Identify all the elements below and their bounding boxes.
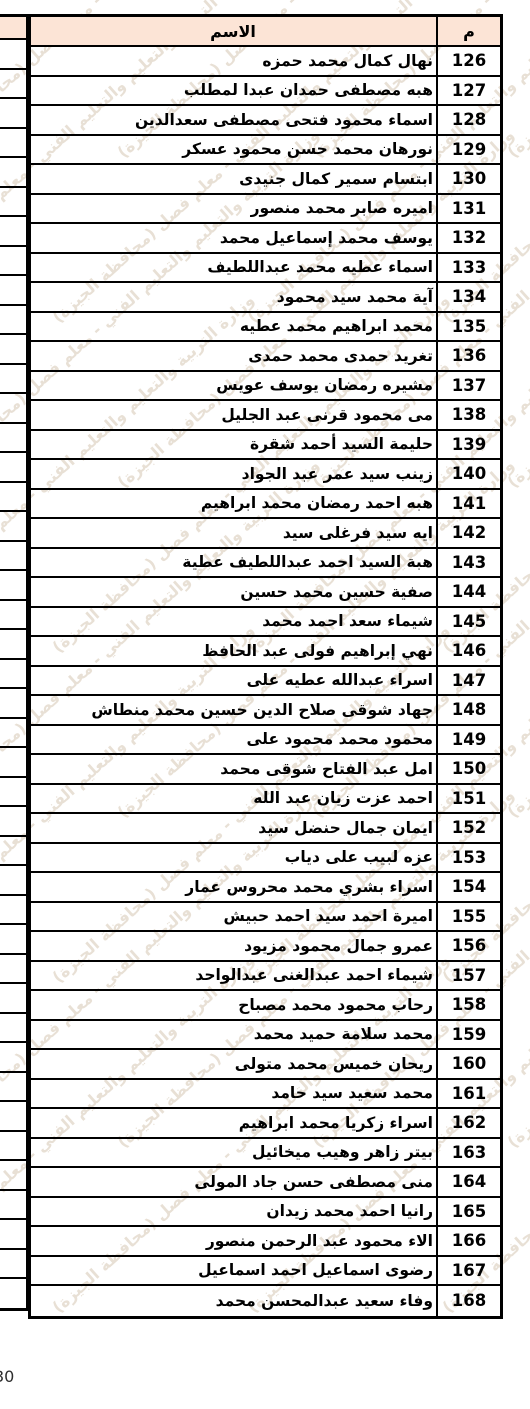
table-row: بيتر زاهر وهيب ميخائيل163	[31, 1139, 500, 1169]
serial-number: 162	[436, 1109, 500, 1137]
student-name: نورهان محمد حسن محمود عسكر	[31, 136, 436, 164]
clipped-neighbor-cell	[0, 1220, 26, 1250]
watermark-text: وزارة التربية والتعليم والتعليم الفني - …	[504, 785, 530, 1151]
serial-number: 147	[436, 667, 500, 695]
student-name: محمود محمد محمود على	[31, 726, 436, 754]
student-name: حليمة السيد أحمد شقرة	[31, 431, 436, 459]
student-name: احمد عزت زيان عبد الله	[31, 785, 436, 813]
clipped-neighbor-cell	[0, 247, 26, 277]
clipped-neighbor-cell	[0, 896, 26, 926]
serial-number: 146	[436, 637, 500, 665]
student-name: ايمان جمال حنضل سيد	[31, 814, 436, 842]
clipped-neighbor-cell	[0, 1161, 26, 1191]
serial-number: 154	[436, 873, 500, 901]
clipped-neighbor-cell	[0, 955, 26, 985]
table-row: محمد ابراهيم محمد عطيه135	[31, 313, 500, 343]
serial-number: 149	[436, 726, 500, 754]
column-header-name: الاسم	[31, 17, 436, 45]
clipped-neighbor-cell	[0, 99, 26, 129]
clipped-neighbor-cell	[0, 1279, 26, 1309]
table-row: منى مصطفى حسن جاد المولى164	[31, 1168, 500, 1198]
serial-number: 142	[436, 519, 500, 547]
clipped-neighbor-cell	[0, 365, 26, 395]
table-row: وفاء سعيد عبدالمحسن محمد168	[31, 1286, 500, 1316]
table-row: عمرو جمال محمود مزيود156	[31, 932, 500, 962]
serial-number: 168	[436, 1286, 500, 1316]
clipped-neighbor-cell	[0, 689, 26, 719]
clipped-neighbor-cell	[0, 1191, 26, 1221]
clipped-neighbor-header	[0, 17, 26, 40]
table-body: نهال كمال محمد حمزه126هبه مصطفى حمدان عب…	[31, 47, 500, 1316]
clipped-neighbor-cell	[0, 306, 26, 336]
student-name: هبه مصطفى حمدان عبدا لمطلب	[31, 77, 436, 105]
serial-number: 158	[436, 991, 500, 1019]
student-name: رانيا احمد محمد زيدان	[31, 1198, 436, 1226]
student-name: زينب سيد عمر عبد الجواد	[31, 460, 436, 488]
serial-number: 131	[436, 195, 500, 223]
serial-number: 159	[436, 1021, 500, 1049]
clipped-neighbor-cell	[0, 1014, 26, 1044]
student-name: محمد سعيد سيد حامد	[31, 1080, 436, 1108]
clipped-neighbor-cell	[0, 276, 26, 306]
table-row: اميره صابر محمد منصور131	[31, 195, 500, 225]
serial-number: 151	[436, 785, 500, 813]
serial-number: 138	[436, 401, 500, 429]
serial-number: 164	[436, 1168, 500, 1196]
table-row: اسراء بشري محمد محروس عمار154	[31, 873, 500, 903]
table-row: الاء محمود عبد الرحمن منصور166	[31, 1227, 500, 1257]
student-name: جهاد شوقى صلاح الدين حسين محمد منطاش	[31, 696, 436, 724]
student-name: نهي إبراهيم فولى عبد الحافظ	[31, 637, 436, 665]
student-name: عمرو جمال محمود مزيود	[31, 932, 436, 960]
student-name: ريحان خميس محمد متولى	[31, 1050, 436, 1078]
student-name: اسماء محمود فتحى مصطفى سعدالدين	[31, 106, 436, 134]
table-row: زينب سيد عمر عبد الجواد140	[31, 460, 500, 490]
student-name: محمد سلامة حميد محمد	[31, 1021, 436, 1049]
watermark-text: وزارة التربية والتعليم والتعليم الفني - …	[504, 455, 530, 821]
table-row: اميرة احمد سيد احمد حبيش155	[31, 903, 500, 933]
clipped-neighbor-cell	[0, 601, 26, 631]
table-row: نهي إبراهيم فولى عبد الحافظ146	[31, 637, 500, 667]
clipped-neighbor-cell	[0, 1073, 26, 1103]
serial-number: 129	[436, 136, 500, 164]
clipped-neighbor-cell	[0, 1132, 26, 1162]
clipped-neighbor-cell	[0, 40, 26, 70]
student-name: هبه احمد رمضان محمد ابراهيم	[31, 490, 436, 518]
serial-number: 139	[436, 431, 500, 459]
student-name: نهال كمال محمد حمزه	[31, 47, 436, 75]
student-name: محمد ابراهيم محمد عطيه	[31, 313, 436, 341]
student-name: تغريد حمدى محمد حمدى	[31, 342, 436, 370]
table-row: مشيره رمضان يوسف عويس137	[31, 372, 500, 402]
student-name: شيماء احمد عبدالغنى عبدالواحد	[31, 962, 436, 990]
serial-number: 150	[436, 755, 500, 783]
table-row: هبة السيد احمد عبداللطيف عطية143	[31, 549, 500, 579]
clipped-neighbor-cell	[0, 807, 26, 837]
table-row: ابتسام سمير كمال جنيدى130	[31, 165, 500, 195]
table-row: ريحان خميس محمد متولى160	[31, 1050, 500, 1080]
clipped-neighbor-cell	[0, 748, 26, 778]
table-row: حليمة السيد أحمد شقرة139	[31, 431, 500, 461]
table-row: نهال كمال محمد حمزه126	[31, 47, 500, 77]
table-row: اسراء عبدالله عطيه على147	[31, 667, 500, 697]
column-header-serial: م	[436, 17, 500, 45]
clipped-neighbor-cell	[0, 1250, 26, 1280]
serial-number: 127	[436, 77, 500, 105]
student-name: اسراء بشري محمد محروس عمار	[31, 873, 436, 901]
table-row: محمود محمد محمود على149	[31, 726, 500, 756]
names-roster-table: الاسم م نهال كمال محمد حمزه126هبه مصطفى …	[28, 14, 503, 1319]
table-row: رضوى اسماعيل احمد اسماعيل167	[31, 1257, 500, 1287]
clipped-neighbor-cell	[0, 837, 26, 867]
table-row: هبه مصطفى حمدان عبدا لمطلب127	[31, 77, 500, 107]
clipped-neighbor-cell	[0, 984, 26, 1014]
student-name: اميرة احمد سيد احمد حبيش	[31, 903, 436, 931]
student-name: بيتر زاهر وهيب ميخائيل	[31, 1139, 436, 1167]
clipped-neighbor-cell	[0, 512, 26, 542]
table-row: محمد سعيد سيد حامد161	[31, 1080, 500, 1110]
serial-number: 136	[436, 342, 500, 370]
clipped-neighbor-cell	[0, 630, 26, 660]
clipped-neighbor-cell	[0, 925, 26, 955]
student-name: ايه سيد فرغلى سيد	[31, 519, 436, 547]
table-header-row: الاسم م	[31, 17, 500, 47]
student-name: الاء محمود عبد الرحمن منصور	[31, 1227, 436, 1255]
serial-number: 126	[436, 47, 500, 75]
clipped-neighbor-cell	[0, 129, 26, 159]
serial-number: 163	[436, 1139, 500, 1167]
serial-number: 144	[436, 578, 500, 606]
table-row: رانيا احمد محمد زيدان165	[31, 1198, 500, 1228]
serial-number: 133	[436, 254, 500, 282]
table-row: رحاب محمود محمد مصباح158	[31, 991, 500, 1021]
student-name: رضوى اسماعيل احمد اسماعيل	[31, 1257, 436, 1285]
table-row: ايمان جمال حنضل سيد152	[31, 814, 500, 844]
serial-number: 145	[436, 608, 500, 636]
table-row: ايه سيد فرغلى سيد142	[31, 519, 500, 549]
serial-number: 153	[436, 844, 500, 872]
student-name: ابتسام سمير كمال جنيدى	[31, 165, 436, 193]
clipped-neighbor-cell	[0, 188, 26, 218]
serial-number: 152	[436, 814, 500, 842]
table-row: شيماء سعد احمد محمد145	[31, 608, 500, 638]
table-row: يوسف محمد إسماعيل محمد132	[31, 224, 500, 254]
serial-number: 157	[436, 962, 500, 990]
clipped-neighbor-cell	[0, 778, 26, 808]
student-name: صفية حسين محمد حسين	[31, 578, 436, 606]
student-name: اميره صابر محمد منصور	[31, 195, 436, 223]
clipped-neighbor-cell	[0, 335, 26, 365]
student-name: منى مصطفى حسن جاد المولى	[31, 1168, 436, 1196]
serial-number: 148	[436, 696, 500, 724]
clipped-neighbor-cell	[0, 70, 26, 100]
student-name: رحاب محمود محمد مصباح	[31, 991, 436, 1019]
watermark-text: وزارة التربية والتعليم والتعليم الفني - …	[504, 125, 530, 491]
serial-number: 135	[436, 313, 500, 341]
clipped-neighbor-cell	[0, 217, 26, 247]
table-row: احمد عزت زيان عبد الله151	[31, 785, 500, 815]
watermark-text: وزارة التربية والتعليم والتعليم الفني - …	[504, 0, 530, 162]
table-row: شيماء احمد عبدالغنى عبدالواحد157	[31, 962, 500, 992]
page-number: 30	[0, 1367, 14, 1386]
table-row: اسماء محمود فتحى مصطفى سعدالدين128	[31, 106, 500, 136]
student-name: اسراء عبدالله عطيه على	[31, 667, 436, 695]
table-row: امل عبد الفتاح شوقى محمد150	[31, 755, 500, 785]
serial-number: 166	[436, 1227, 500, 1255]
student-name: آية محمد سيد محمود	[31, 283, 436, 311]
student-name: اسراء زكريا محمد ابراهيم	[31, 1109, 436, 1137]
clipped-neighbor-cell	[0, 660, 26, 690]
clipped-neighbor-cell	[0, 394, 26, 424]
clipped-neighbor-cell	[0, 1102, 26, 1132]
document-page: وزارة التربية والتعليم والتعليم الفني - …	[0, 0, 530, 1409]
serial-number: 161	[436, 1080, 500, 1108]
student-name: مى محمود قرنى عبد الجليل	[31, 401, 436, 429]
clipped-neighbor-column	[0, 14, 29, 1311]
clipped-neighbor-cell	[0, 483, 26, 513]
clipped-neighbor-cell	[0, 453, 26, 483]
table-row: صفية حسين محمد حسين144	[31, 578, 500, 608]
serial-number: 167	[436, 1257, 500, 1285]
serial-number: 156	[436, 932, 500, 960]
serial-number: 128	[436, 106, 500, 134]
serial-number: 141	[436, 490, 500, 518]
table-row: نورهان محمد حسن محمود عسكر129	[31, 136, 500, 166]
student-name: يوسف محمد إسماعيل محمد	[31, 224, 436, 252]
table-row: جهاد شوقى صلاح الدين حسين محمد منطاش148	[31, 696, 500, 726]
student-name: عزه لبيب على دياب	[31, 844, 436, 872]
clipped-neighbor-cell	[0, 866, 26, 896]
table-row: اسراء زكريا محمد ابراهيم162	[31, 1109, 500, 1139]
table-row: مى محمود قرنى عبد الجليل138	[31, 401, 500, 431]
table-row: عزه لبيب على دياب153	[31, 844, 500, 874]
serial-number: 140	[436, 460, 500, 488]
table-row: اسماء عطيه محمد عبداللطيف133	[31, 254, 500, 284]
clipped-neighbor-cell	[0, 158, 26, 188]
serial-number: 137	[436, 372, 500, 400]
student-name: هبة السيد احمد عبداللطيف عطية	[31, 549, 436, 577]
student-name: مشيره رمضان يوسف عويس	[31, 372, 436, 400]
student-name: امل عبد الفتاح شوقى محمد	[31, 755, 436, 783]
clipped-neighbor-cell	[0, 1043, 26, 1073]
student-name: شيماء سعد احمد محمد	[31, 608, 436, 636]
serial-number: 130	[436, 165, 500, 193]
serial-number: 143	[436, 549, 500, 577]
table-row: آية محمد سيد محمود134	[31, 283, 500, 313]
clipped-neighbor-cell	[0, 542, 26, 572]
serial-number: 160	[436, 1050, 500, 1078]
serial-number: 155	[436, 903, 500, 931]
table-row: هبه احمد رمضان محمد ابراهيم141	[31, 490, 500, 520]
serial-number: 165	[436, 1198, 500, 1226]
table-row: محمد سلامة حميد محمد159	[31, 1021, 500, 1051]
clipped-neighbor-cell	[0, 719, 26, 749]
student-name: وفاء سعيد عبدالمحسن محمد	[31, 1286, 436, 1316]
table-row: تغريد حمدى محمد حمدى136	[31, 342, 500, 372]
clipped-neighbor-cell	[0, 424, 26, 454]
serial-number: 134	[436, 283, 500, 311]
serial-number: 132	[436, 224, 500, 252]
student-name: اسماء عطيه محمد عبداللطيف	[31, 254, 436, 282]
clipped-neighbor-cell	[0, 571, 26, 601]
